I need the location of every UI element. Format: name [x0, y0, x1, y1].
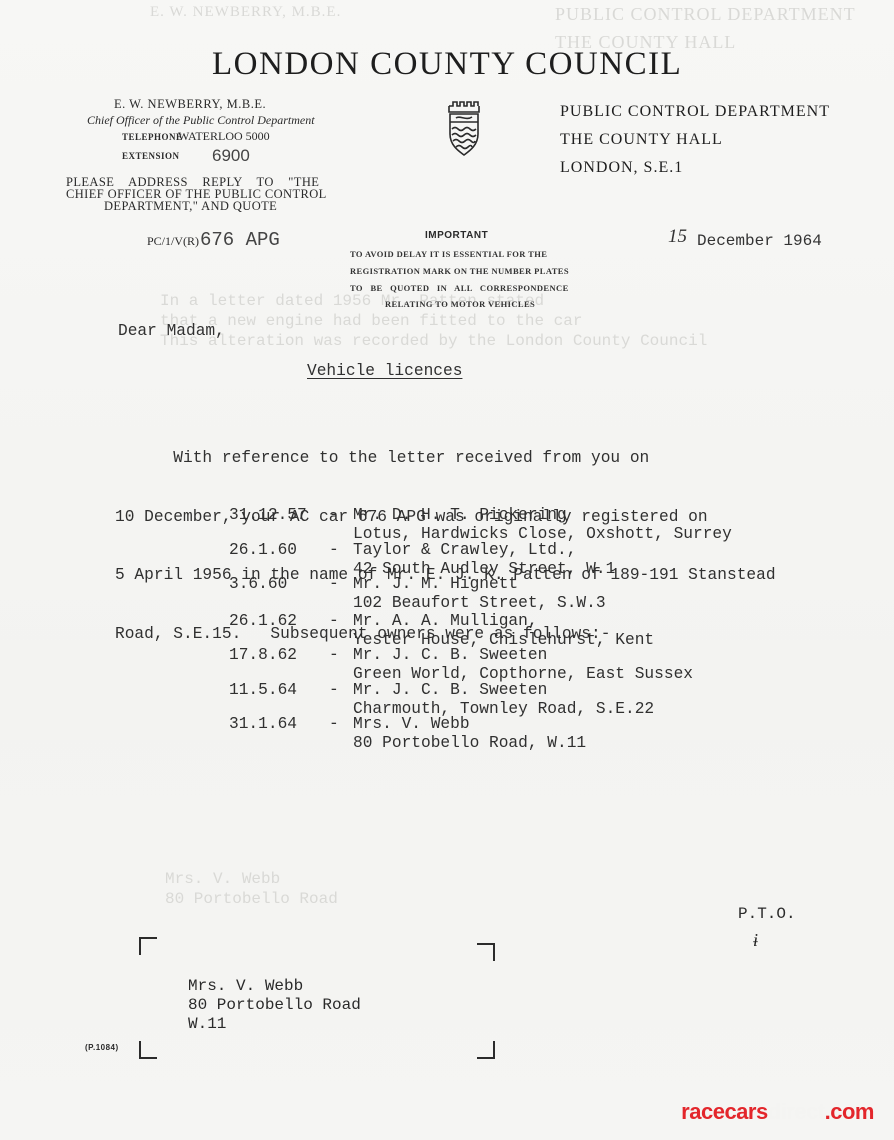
department-address-line: LONDON, S.E.1 [560, 159, 683, 177]
form-code: (P.1084) [85, 1043, 119, 1052]
window-corner-mark [477, 1041, 495, 1059]
owner-address: 102 Beaufort Street, S.W.3 [353, 594, 606, 612]
salutation: Dear Madam, [118, 322, 225, 340]
important-notice-line: RELATING TO MOTOR VEHICLES [385, 299, 535, 309]
organisation-title: LONDON COUNTY COUNCIL [212, 46, 682, 83]
letter-page: E. W. NEWBERRY, M.B.E. PUBLIC CONTROL DE… [0, 0, 894, 1140]
owner-address: 80 Portobello Road, W.11 [353, 734, 586, 752]
show-through-text: Mrs. V. Webb [165, 870, 280, 888]
please-turn-over: P.T.O. [738, 905, 796, 923]
reference-value: 676 APG [200, 229, 280, 251]
window-corner-mark [477, 943, 495, 961]
department-address-line: THE COUNTY HALL [560, 131, 723, 149]
owner-name: Mr. J. M. Hignett [353, 575, 518, 593]
show-through-text: 80 Portobello Road [165, 890, 338, 908]
owner-name: Mr. J. C. B. Sweeten [353, 646, 547, 664]
subject-heading: Vehicle licences [307, 362, 462, 380]
recipient-street: 80 Portobello Road [188, 996, 361, 1014]
owner-name: Taylor & Crawley, Ltd., [353, 541, 576, 559]
owner-date: 3.6.60 [229, 575, 287, 593]
watermark-part: direct [768, 1099, 825, 1124]
officer-name: E. W. NEWBERRY, M.B.E. [114, 97, 266, 112]
important-notice-line: TO AVOID DELAY IT IS ESSENTIAL FOR THE [350, 249, 547, 259]
owner-date: 17.8.62 [229, 646, 297, 664]
important-notice-line: REGISTRATION MARK ON THE NUMBER PLATES [350, 266, 569, 276]
show-through-text: This alteration was recorded by the Lond… [160, 332, 707, 350]
telephone-label: TELEPHONE [122, 132, 183, 142]
ink-mark: ɨ [753, 930, 758, 951]
letter-date: December 1964 [697, 232, 822, 250]
watermark-part: .com [825, 1099, 874, 1124]
reference-label: PC/1/V(R) [147, 234, 199, 249]
department-address-line: PUBLIC CONTROL DEPARTMENT [560, 103, 830, 121]
watermark-part: racecars [681, 1099, 768, 1124]
owner-separator: - [329, 715, 339, 733]
paragraph-line: With reference to the letter received fr… [115, 449, 776, 469]
watermark-logo: racecarsdirect.com [681, 1099, 874, 1125]
owner-name: Mr. J. C. B. Sweeten [353, 681, 547, 699]
owner-date: 31.1.64 [229, 715, 297, 733]
owner-separator: - [329, 612, 339, 630]
owner-date: 11.5.64 [229, 681, 297, 699]
recipient-name: Mrs. V. Webb [188, 977, 303, 995]
important-notice-title: IMPORTANT [425, 230, 488, 241]
owner-date: 26.1.62 [229, 612, 297, 630]
show-through-text: E. W. NEWBERRY, M.B.E. [150, 4, 341, 21]
owner-separator: - [329, 646, 339, 664]
telephone-value: WATERLOO 5000 [178, 129, 270, 144]
owner-date: 26.1.60 [229, 541, 297, 559]
london-county-council-crest-icon [446, 98, 482, 158]
extension-label: EXTENSION [122, 151, 180, 161]
owner-name: Mr. D. H. T. Pickering [353, 506, 567, 524]
reply-instruction-line: DEPARTMENT," AND QUOTE [104, 199, 277, 214]
owner-date: 31.12.57 [229, 506, 307, 524]
window-corner-mark [139, 1041, 157, 1059]
show-through-text: PUBLIC CONTROL DEPARTMENT [555, 4, 856, 25]
owner-separator: - [329, 541, 339, 559]
extension-value: 6900 [212, 146, 250, 166]
date-day-handwritten: 15 [668, 226, 687, 248]
officer-role: Chief Officer of the Public Control Depa… [87, 113, 315, 128]
owner-separator: - [329, 575, 339, 593]
owner-name: Mr. A. A. Mulligan, [353, 612, 538, 630]
owner-separator: - [329, 681, 339, 699]
window-corner-mark [139, 937, 157, 955]
recipient-district: W.11 [188, 1015, 226, 1033]
owner-name: Mrs. V. Webb [353, 715, 470, 733]
important-notice-line: TO BE QUOTED IN ALL CORRESPONDENCE [350, 283, 569, 293]
owner-separator: - [329, 506, 339, 524]
